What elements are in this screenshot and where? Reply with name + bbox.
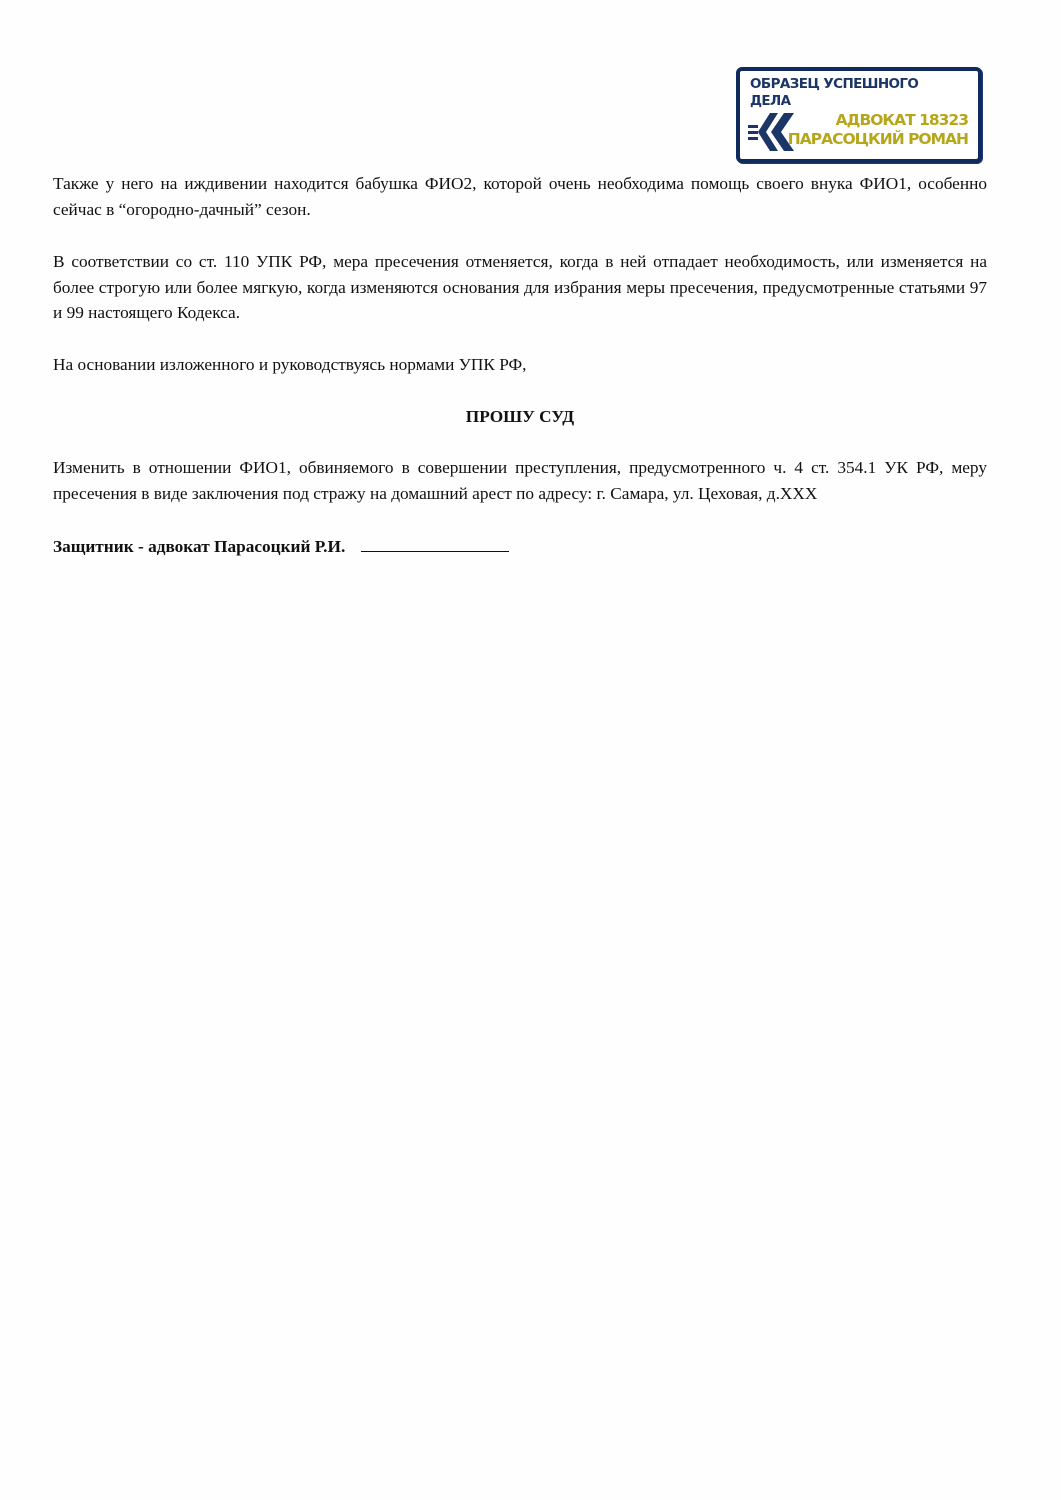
success-case-stamp: ОБРАЗЕЦ УСПЕШНОГО ДЕЛА АДВОКАТ 18323 ПАР… [736, 67, 982, 163]
stamp-title-line2: ДЕЛА [750, 93, 930, 110]
request-heading: ПРОШУ СУД [0, 404, 1040, 429]
signature-block: Защитник - адвокат Парасоцкий Р.И. [53, 534, 509, 559]
paragraph-basis: На основании изложенного и руководствуяс… [53, 352, 987, 378]
stamp-title-line1: ОБРАЗЕЦ УСПЕШНОГО [750, 76, 930, 93]
paragraph-dependent-grandmother: Также у него на иждивении находится бабу… [53, 171, 987, 222]
signature-line [361, 535, 509, 552]
paragraph-request: Изменить в отношении ФИО1, обвиняемого в… [53, 455, 987, 506]
document-page: ОБРАЗЕЦ УСПЕШНОГО ДЕЛА АДВОКАТ 18323 ПАР… [0, 0, 1061, 1500]
stamp-title: ОБРАЗЕЦ УСПЕШНОГО ДЕЛА [750, 76, 930, 110]
signature-label: Защитник - адвокат Парасоцкий Р.И. [53, 537, 345, 556]
stamp-lawyer-number: АДВОКАТ 18323 [788, 111, 968, 130]
stamp-lawyer-info: АДВОКАТ 18323 ПАРАСОЦКИЙ РОМАН [788, 111, 968, 149]
paragraph-article-110: В соответствии со ст. 110 УПК РФ, мера п… [53, 249, 987, 326]
stamp-lawyer-name: ПАРАСОЦКИЙ РОМАН [788, 130, 968, 149]
